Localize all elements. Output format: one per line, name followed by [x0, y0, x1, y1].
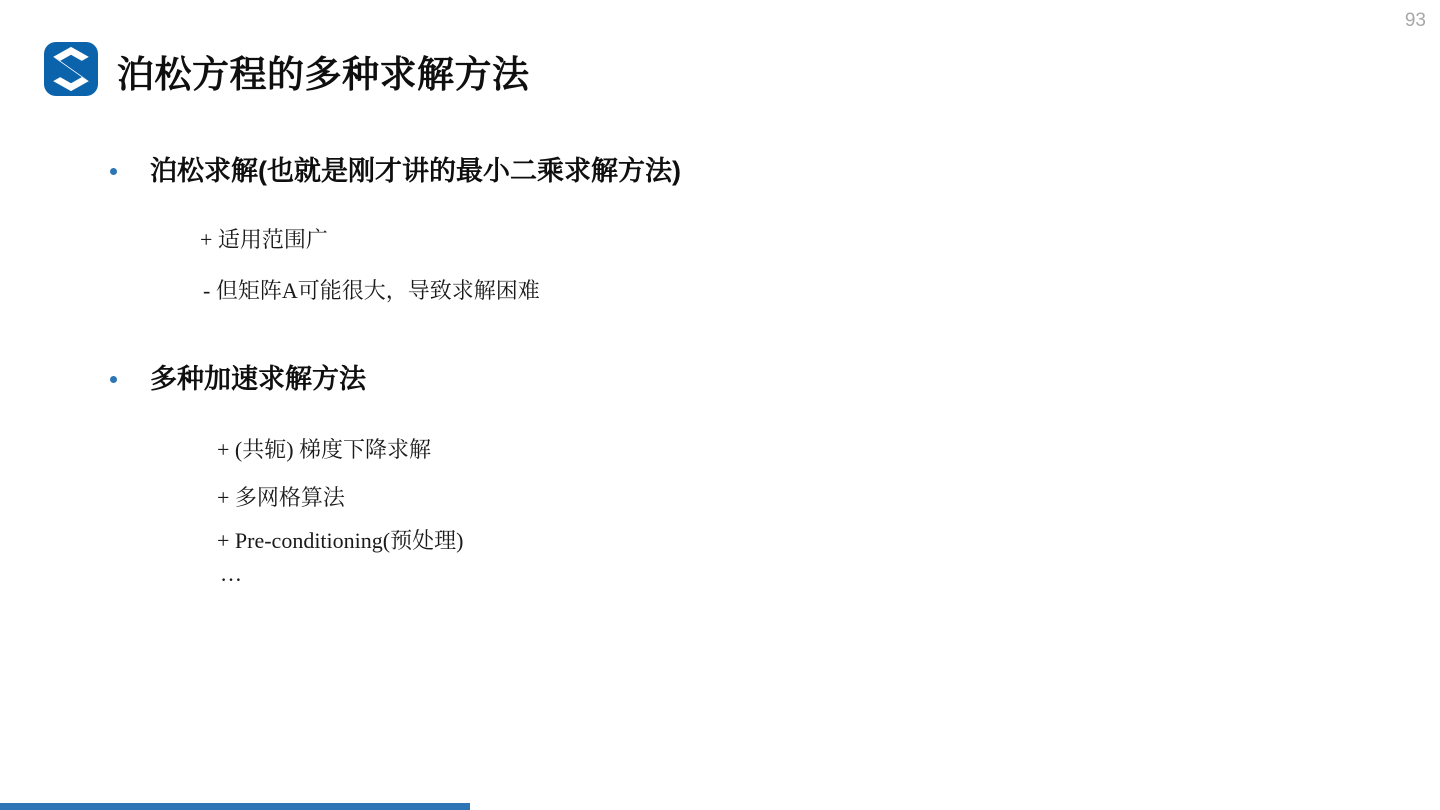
sub-item-pro-wide-applicability: + 适用范围广: [200, 227, 328, 253]
sub-item-conjugate-gradient: + (共轭) 梯度下降求解: [217, 437, 431, 463]
style3d-logo-icon: [44, 42, 98, 96]
bottom-accent-bar: [0, 803, 470, 810]
bullet-dot: [110, 168, 117, 175]
bullet-item-poisson-solve: 泊松求解(也就是刚才讲的最小二乘求解方法): [110, 156, 681, 187]
sub-item-con-large-matrix: - 但矩阵A可能很大，导致求解困难: [203, 278, 540, 304]
page-number: 93: [1405, 10, 1426, 32]
page-title: 泊松方程的多种求解方法: [117, 44, 530, 98]
slide-canvas: 93 泊松方程的多种求解方法 泊松求解(也就是刚才讲的最小二乘求解方法) + 适…: [0, 0, 1440, 810]
sub-item-preconditioning: + Pre-conditioning(预处理): [217, 528, 463, 554]
bullet-dot: [110, 376, 117, 383]
bullet-label: 泊松求解(也就是刚才讲的最小二乘求解方法): [150, 156, 681, 187]
sub-item-ellipsis: …: [220, 561, 242, 587]
bullet-label: 多种加速求解方法: [150, 364, 366, 395]
sub-item-multigrid: + 多网格算法: [217, 485, 345, 511]
bullet-item-accelerated-methods: 多种加速求解方法: [110, 364, 366, 395]
